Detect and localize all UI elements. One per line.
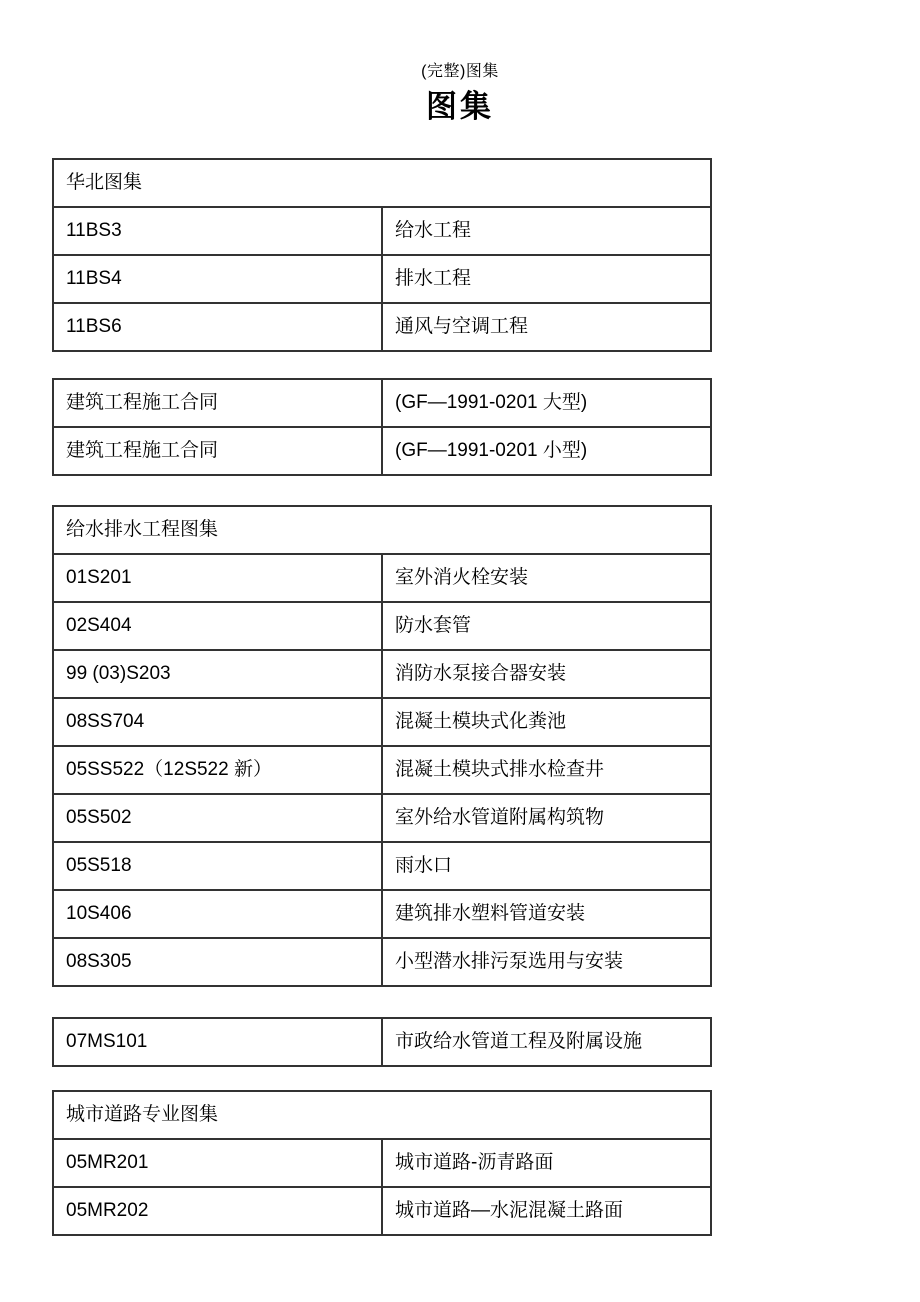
section-header-cell: 华北图集 <box>53 159 711 207</box>
name-cell: 排水工程 <box>382 255 711 303</box>
name-cell: (GF—1991-0201 小型) <box>382 427 711 475</box>
section-header-cell: 给水排水工程图集 <box>53 506 711 554</box>
table-row: 建筑工程施工合同(GF—1991-0201 小型) <box>53 427 711 475</box>
name-cell: 通风与空调工程 <box>382 303 711 351</box>
table-row: 10S406建筑排水塑料管道安装 <box>53 890 711 938</box>
code-cell: 11BS4 <box>53 255 382 303</box>
section-header-row: 华北图集 <box>53 159 711 207</box>
name-cell: 混凝土模块式排水检查井 <box>382 746 711 794</box>
code-cell: 05S502 <box>53 794 382 842</box>
code-cell: 05MR202 <box>53 1187 382 1235</box>
catalog-table-3: 给水排水工程图集01S201室外消火栓安装02S404防水套管99 (03)S2… <box>52 505 712 987</box>
doc-title: 图集 <box>0 91 920 123</box>
table-row: 05S502室外给水管道附属构筑物 <box>53 794 711 842</box>
document-page: { "page": { "subtitle": "(完整)图集", "title… <box>0 0 920 1302</box>
code-cell: 01S201 <box>53 554 382 602</box>
name-cell: 室外消火栓安装 <box>382 554 711 602</box>
name-cell: 市政给水管道工程及附属设施 <box>382 1018 711 1066</box>
name-cell: 雨水口 <box>382 842 711 890</box>
table-row: 08SS704混凝土模块式化粪池 <box>53 698 711 746</box>
code-cell: 05SS522（12S522 新） <box>53 746 382 794</box>
table-row: 05MR202城市道路—水泥混凝土路面 <box>53 1187 711 1235</box>
name-cell: 消防水泵接合器安装 <box>382 650 711 698</box>
code-cell: 99 (03)S203 <box>53 650 382 698</box>
name-cell: 混凝土模块式化粪池 <box>382 698 711 746</box>
table-row: 11BS4排水工程 <box>53 255 711 303</box>
code-cell: 11BS6 <box>53 303 382 351</box>
table-row: 11BS6通风与空调工程 <box>53 303 711 351</box>
code-cell: 08SS704 <box>53 698 382 746</box>
section-header-row: 给水排水工程图集 <box>53 506 711 554</box>
code-cell: 建筑工程施工合同 <box>53 427 382 475</box>
name-cell: 室外给水管道附属构筑物 <box>382 794 711 842</box>
table-row: 05MR201城市道路-沥青路面 <box>53 1139 711 1187</box>
table-row: 07MS101市政给水管道工程及附属设施 <box>53 1018 711 1066</box>
table-row: 05SS522（12S522 新）混凝土模块式排水检查井 <box>53 746 711 794</box>
table-row: 01S201室外消火栓安装 <box>53 554 711 602</box>
catalog-table-1: 华北图集11BS3给水工程11BS4排水工程11BS6通风与空调工程 <box>52 158 712 352</box>
catalog-table-2: 建筑工程施工合同(GF—1991-0201 大型)建筑工程施工合同(GF—199… <box>52 378 712 476</box>
catalog-table-5: 城市道路专业图集05MR201城市道路-沥青路面05MR202城市道路—水泥混凝… <box>52 1090 712 1236</box>
code-cell: 07MS101 <box>53 1018 382 1066</box>
code-cell: 11BS3 <box>53 207 382 255</box>
name-cell: 城市道路—水泥混凝土路面 <box>382 1187 711 1235</box>
code-cell: 建筑工程施工合同 <box>53 379 382 427</box>
table-row: 02S404防水套管 <box>53 602 711 650</box>
name-cell: (GF—1991-0201 大型) <box>382 379 711 427</box>
code-cell: 05S518 <box>53 842 382 890</box>
code-cell: 10S406 <box>53 890 382 938</box>
code-cell: 08S305 <box>53 938 382 986</box>
table-row: 11BS3给水工程 <box>53 207 711 255</box>
code-cell: 05MR201 <box>53 1139 382 1187</box>
section-header-cell: 城市道路专业图集 <box>53 1091 711 1139</box>
table-row: 08S305小型潜水排污泵选用与安装 <box>53 938 711 986</box>
table-row: 建筑工程施工合同(GF—1991-0201 大型) <box>53 379 711 427</box>
catalog-table-4: 07MS101市政给水管道工程及附属设施 <box>52 1017 712 1067</box>
name-cell: 建筑排水塑料管道安装 <box>382 890 711 938</box>
section-header-row: 城市道路专业图集 <box>53 1091 711 1139</box>
name-cell: 城市道路-沥青路面 <box>382 1139 711 1187</box>
table-row: 99 (03)S203消防水泵接合器安装 <box>53 650 711 698</box>
document-canvas: (完整)图集 图集 华北图集11BS3给水工程11BS4排水工程11BS6通风与… <box>0 0 920 1236</box>
name-cell: 小型潜水排污泵选用与安装 <box>382 938 711 986</box>
doc-header-text: (完整)图集 <box>0 63 920 81</box>
tables-container: 华北图集11BS3给水工程11BS4排水工程11BS6通风与空调工程建筑工程施工… <box>0 158 920 1236</box>
name-cell: 防水套管 <box>382 602 711 650</box>
code-cell: 02S404 <box>53 602 382 650</box>
table-row: 05S518雨水口 <box>53 842 711 890</box>
name-cell: 给水工程 <box>382 207 711 255</box>
